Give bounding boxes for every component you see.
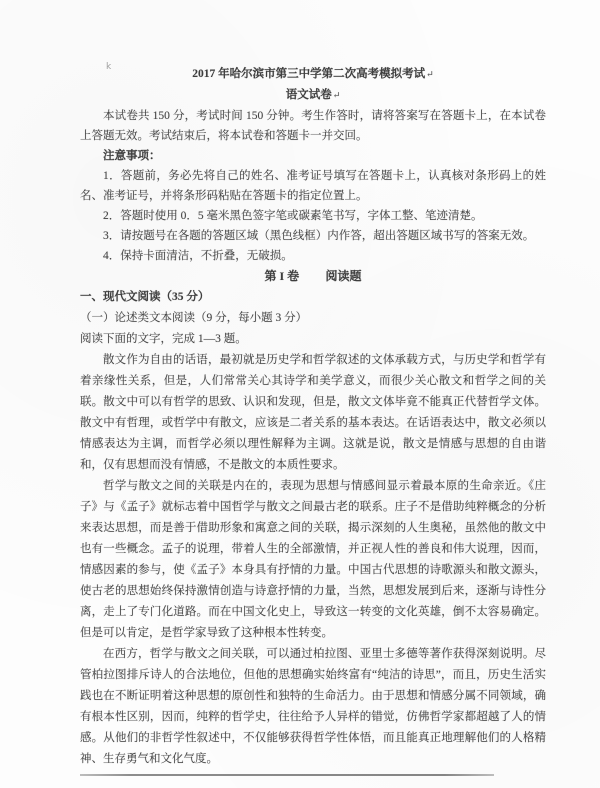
part-heading: 一、现代文阅读（35 分） — [80, 287, 546, 308]
exam-title: 2017 年哈尔滨市第三中学第二次高考模拟考试 — [192, 68, 425, 80]
passage-paragraph: 在西方，哲学与散文之间关联，可以通过柏拉图、亚里士多德等著作获得深刻说明。尽管柏… — [80, 644, 546, 770]
notice-item: 4．保持卡面清洁，不折叠，无破损。 — [80, 246, 546, 266]
passage-paragraph: 散文作为自由的话语，最初就是历史学和哲学叙述的文体承载方式，与历史学和哲学有着亲… — [80, 350, 546, 476]
paper-subtitle: 语文试卷 — [286, 89, 332, 101]
volume-title: 阅读题 — [326, 269, 362, 283]
subsection-heading: （一）论述类文本阅读（9 分，每小题 3 分） — [80, 308, 546, 329]
paper-subtitle-line: 语文试卷↵ — [80, 85, 546, 106]
passage-paragraph: 哲学与散文之间的关联是内在的，表现为思想与情感间显示着最本原的生命亲近。《庄子》… — [80, 476, 546, 644]
volume-header: 第 I 卷阅读题 — [80, 266, 546, 287]
return-mark-icon: ↵ — [333, 90, 341, 100]
notice-item: 2．答题时使用 0．5 毫米黑色签字笔或碳素笔书写，字体工整、笔迹清楚。 — [80, 206, 546, 226]
preamble-section: 本试卷共 150 分，考试时间 150 分钟。考生作答时，请将答案写在答题卡上，… — [80, 106, 546, 266]
volume-label: 第 I 卷 — [264, 269, 299, 283]
document-content: 2017 年哈尔滨市第三中学第二次高考模拟考试↵ 语文试卷↵ 本试卷共 150 … — [80, 64, 546, 770]
scanned-exam-page: k 2017 年哈尔滨市第三中学第二次高考模拟考试↵ 语文试卷↵ 本试卷共 15… — [0, 0, 600, 788]
notice-item: 3．请按题号在各题的答题区域（黑色线框）内作答，超出答题区域书写的答案无效。 — [80, 226, 546, 246]
page-bottom-rule — [80, 774, 494, 776]
return-mark-icon: ↵ — [426, 69, 434, 79]
notice-item: 1．答题前，务必先将自己的姓名、准考证号填写在答题卡上，认真核对条形码上的姓名、… — [80, 166, 546, 206]
intro-paragraph: 本试卷共 150 分，考试时间 150 分钟。考生作答时，请将答案写在答题卡上，… — [80, 106, 546, 146]
reading-section: 一、现代文阅读（35 分） （一）论述类文本阅读（9 分，每小题 3 分） 阅读… — [80, 287, 546, 770]
notice-heading: 注意事项： — [80, 146, 546, 166]
exam-title-line: 2017 年哈尔滨市第三中学第二次高考模拟考试↵ — [80, 64, 546, 85]
passage-instruction: 阅读下面的文字，完成 1—3 题。 — [80, 329, 546, 350]
